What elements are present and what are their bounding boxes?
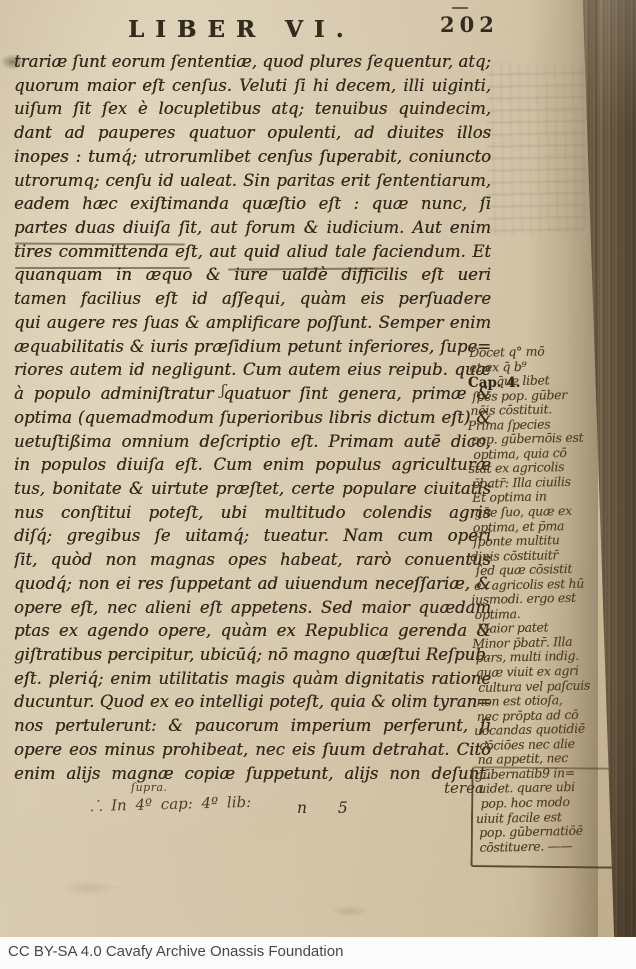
caption-text: CC BY-SA 4.0 Cavafy Archive Onassis Foun… [8, 937, 343, 967]
ink-underline [15, 267, 190, 269]
printed-text-line: utrorumq; cenſu id ualeat. Sin paritas e… [14, 169, 491, 193]
printed-text-line: eadem hæc exiſtimanda quæſtio eſt : quæ … [14, 192, 491, 216]
printed-text-line: uetuſtißima omnium deſcriptio eſt. Prima… [14, 430, 491, 454]
printed-text-line: quodq́; non ei res ſuppetant ad uiuendum… [14, 572, 491, 596]
printed-text-line: opere eſt, nec alieni eſt appetens. Sed … [14, 596, 491, 620]
printed-text-line: ducuntur. Quod ex eo intelligi poteſt, q… [14, 690, 491, 714]
printed-text-line: diſq́; gregibus ſe uitamq́; tueatur. Nam… [14, 524, 491, 548]
printed-text-line: riores autem id negligunt. Cum autem eiu… [14, 358, 491, 382]
printed-text-line: opere eos minus prohibeat, nec eis ſuum … [14, 738, 491, 762]
printed-text-line: optima (quemadmodum ſuperioribus libris … [14, 406, 491, 430]
printed-text-line: trariæ ſunt eorum ſententiæ, quod plures… [14, 50, 491, 74]
printed-text-line: giſtratibus percipitur, ubicūq́; nō magn… [14, 643, 491, 667]
printed-text-line: enim alijs magnæ copiæ ſuppetunt, alijs … [14, 762, 491, 786]
printed-text-line: partes duas diuiſa ſit, aut forum & iudi… [14, 216, 491, 240]
page-number: 202 [440, 12, 499, 37]
running-header: LIBER VI. [128, 16, 355, 43]
printed-text-line: æquabilitatis & iuris præſidium petunt i… [14, 335, 491, 359]
page-number-overline [452, 7, 468, 9]
printed-text-line: qui augere res ſuas & amplificare poſſun… [14, 311, 491, 335]
bottom-handwritten-note: ⸫ In 4º cap: 4º lib: [90, 792, 252, 816]
main-text-block: trariæ ſunt eorum ſententiæ, quod plures… [14, 50, 491, 785]
printed-text-line: eſt. pleriq́; enim utilitatis magis quàm… [14, 667, 491, 691]
caption-bar: CC BY-SA 4.0 Cavafy Archive Onassis Foun… [0, 937, 636, 969]
printed-text-line: nos pertulerunt: & paucorum imperium per… [14, 714, 491, 738]
printed-text-line: ſit, quòd non magnas opes habeat, rarò c… [14, 548, 491, 572]
printed-text-line: à populo adminiſtratur quatuor ſint gene… [14, 382, 491, 406]
printed-text-line: quorum maior eſt cenſus. Veluti ſi hi de… [14, 74, 491, 98]
printed-text-line: dant ad pauperes quatuor opulenti, ad di… [14, 121, 491, 145]
foxing-stain [60, 880, 120, 896]
page-scan: LIBER VI. 202 trariæ ſunt eorum ſententi… [0, 0, 636, 937]
printed-text-line: tamen facilius eſt id aſſequi, quàm eis … [14, 287, 491, 311]
show-through-marks [487, 63, 585, 235]
printed-text-line: uiſum ſit ſex è locupletibus atq; tenuib… [14, 97, 491, 121]
printed-text-line: inopes : tumq́; utrorumlibet cenſus ſupe… [14, 145, 491, 169]
printed-text-line: nus conſtitui poteſt, ubi multitudo cole… [14, 501, 491, 525]
margin-chapter-note: Cap. 4. [468, 375, 520, 391]
foxing-stain [330, 905, 370, 917]
printed-text-line: ptas ex agendo opere, quàm ex Republica … [14, 619, 491, 643]
scanned-page-view: LIBER VI. 202 trariæ ſunt eorum ſententi… [0, 0, 636, 969]
signature-mark: n 5 [297, 799, 348, 817]
catchword: terea [444, 779, 484, 797]
printed-text-line: tus, bonitate & uirtute præſtet, certe p… [14, 477, 491, 501]
printed-text-line: in populos diuiſa eſt. Cum enim populus … [14, 453, 491, 477]
ink-insertion-mark: ʃ [221, 381, 225, 399]
supra-note: ſupra. [131, 781, 168, 794]
